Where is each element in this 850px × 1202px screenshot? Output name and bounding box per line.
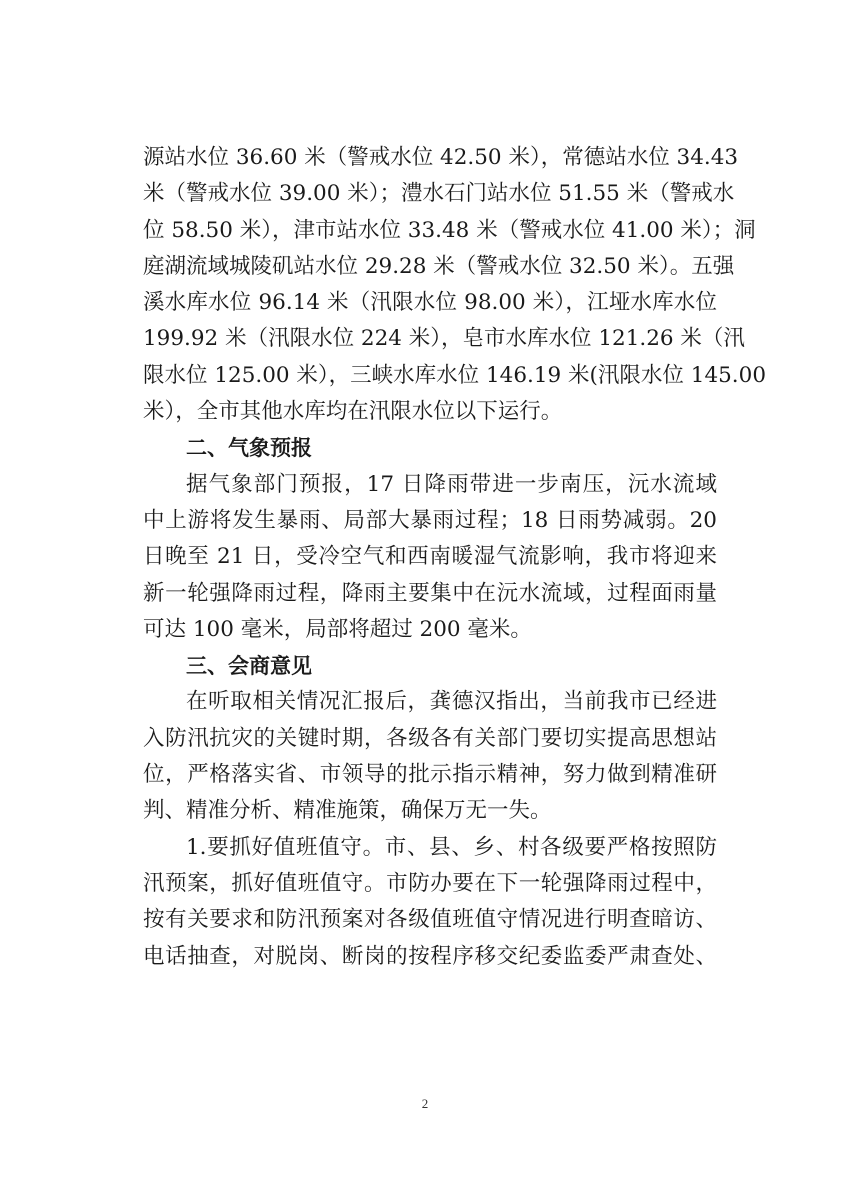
text-line: 在听取相关情况汇报后，龚德汉指出，当前我市已经进 (143, 684, 717, 720)
text-line: 电话抽查，对脱岗、断岗的按程序移交纪委监委严肃查处、 (143, 939, 717, 975)
section-heading-consultation-opinions: 三、会商意见 (143, 648, 717, 684)
text-line: 1.要抓好值班值守。市、县、乡、村各级要严格按照防 (143, 830, 717, 866)
text-line: 庭湖流域城陵矶站水位 29.28 米（警戒水位 32.50 米）。五强 (143, 249, 717, 285)
text-line: 据气象部门预报，17 日降雨带进一步南压，沅水流域 (143, 467, 717, 503)
page-number: 2 (0, 1096, 850, 1112)
text-line: 限水位 125.00 米），三峡水库水位 146.19 米(汛限水位 145.0… (143, 358, 717, 394)
text-line: 位，严格落实省、市领导的批示指示精神，努力做到精准研 (143, 757, 717, 793)
text-line: 新一轮强降雨过程，降雨主要集中在沅水流域，过程面雨量 (143, 576, 717, 612)
text-line: 可达 100 毫米，局部将超过 200 毫米。 (143, 612, 717, 648)
text-line: 米），全市其他水库均在汛限水位以下运行。 (143, 394, 717, 430)
text-line: 溪水库水位 96.14 米（汛限水位 98.00 米），江垭水库水位 (143, 285, 717, 321)
text-line: 位 58.50 米），津市站水位 33.48 米（警戒水位 41.00 米）；洞 (143, 213, 717, 249)
document-body: 源站水位 36.60 米（警戒水位 42.50 米），常德站水位 34.43 米… (143, 140, 717, 975)
text-line: 入防汛抗灾的关键时期，各级各有关部门要切实提高思想站 (143, 721, 717, 757)
section-heading-weather-forecast: 二、气象预报 (143, 430, 717, 466)
text-line: 米（警戒水位 39.00 米）；澧水石门站水位 51.55 米（警戒水 (143, 176, 717, 212)
text-line: 按有关要求和防汛预案对各级值班值守情况进行明查暗访、 (143, 902, 717, 938)
text-line: 日晚至 21 日，受冷空气和西南暖湿气流影响，我市将迎来 (143, 539, 717, 575)
text-line: 199.92 米（汛限水位 224 米），皂市水库水位 121.26 米（汛 (143, 321, 717, 357)
text-line: 中上游将发生暴雨、局部大暴雨过程；18 日雨势减弱。20 (143, 503, 717, 539)
text-line: 判、精准分析、精准施策，确保万无一失。 (143, 793, 717, 829)
text-line: 汛预案，抓好值班值守。市防办要在下一轮强降雨过程中， (143, 866, 717, 902)
text-line: 源站水位 36.60 米（警戒水位 42.50 米），常德站水位 34.43 (143, 140, 717, 176)
document-page: 源站水位 36.60 米（警戒水位 42.50 米），常德站水位 34.43 米… (0, 0, 850, 1202)
